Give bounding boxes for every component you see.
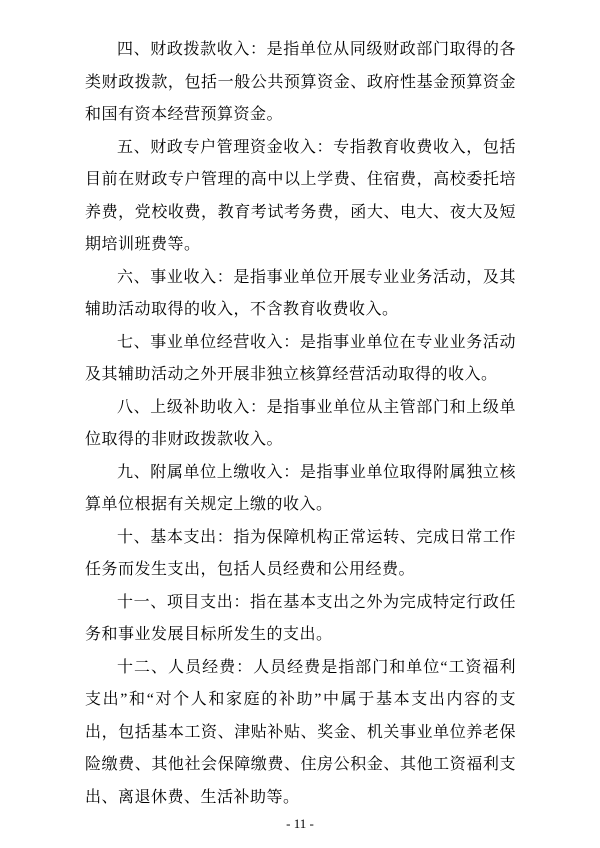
paragraph-personnel-funds: 十二、人员经费：人员经费是指部门和单位“工资福利支出”和“对个人和家庭的补助”中… <box>85 652 516 815</box>
paragraph-superior-subsidy-income: 八、上级补助收入：是指事业单位从主管部门和上级单位取得的非财政拨款收入。 <box>85 392 516 457</box>
paragraph-basic-expenditure: 十、基本支出：指为保障机构正常运转、完成日常工作任务而发生支出，包括人员经费和公… <box>85 522 516 587</box>
document-body: 四、财政拨款收入：是指单位从同级财政部门取得的各类财政拨款，包括一般公共预算资金… <box>85 34 516 814</box>
paragraph-operating-income: 七、事业单位经营收入：是指事业单位在专业业务活动及其辅助活动之外开展非独立核算经… <box>85 327 516 392</box>
paragraph-fiscal-special-account-income: 五、财政专户管理资金收入：专指教育收费收入，包括目前在财政专户管理的高中以上学费… <box>85 132 516 262</box>
document-page: 四、财政拨款收入：是指单位从同级财政部门取得的各类财政拨款，包括一般公共预算资金… <box>0 0 600 848</box>
paragraph-fiscal-appropriation-income: 四、财政拨款收入：是指单位从同级财政部门取得的各类财政拨款，包括一般公共预算资金… <box>85 34 516 132</box>
paragraph-affiliated-unit-income: 九、附属单位上缴收入：是指事业单位取得附属独立核算单位根据有关规定上缴的收入。 <box>85 457 516 522</box>
page-number: - 11 - <box>0 816 600 832</box>
paragraph-business-income: 六、事业收入：是指事业单位开展专业业务活动，及其辅助活动取得的收入，不含教育收费… <box>85 262 516 327</box>
paragraph-project-expenditure: 十一、项目支出：指在基本支出之外为完成特定行政任务和事业发展目标所发生的支出。 <box>85 587 516 652</box>
